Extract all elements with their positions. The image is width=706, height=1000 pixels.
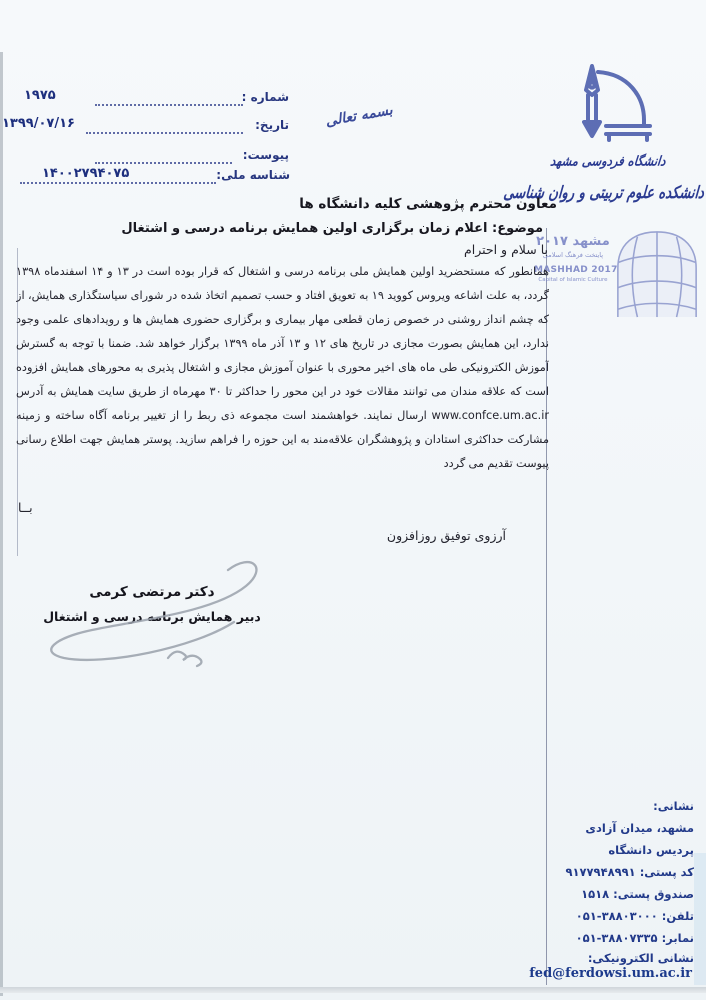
- scan-edge-bottom: [0, 987, 706, 993]
- university-logo: [562, 62, 658, 158]
- recipient-line: معاون محترم پژوهشی کلیه دانشگاه ها: [299, 196, 557, 212]
- body-paragraph: همانطور که مستحضرید اولین همایش ملی برنا…: [16, 260, 549, 476]
- body-line: گردد، به علت اشاعه ویروس کووید ۱۹ به تعو…: [16, 284, 549, 308]
- body-line: آموزش الکترونیکی طی ماه های اخیر محوری ب…: [16, 356, 549, 380]
- stamp-globe: [612, 228, 702, 320]
- body-line: همانطور که مستحضرید اولین همایش ملی برنا…: [16, 260, 549, 284]
- fax-value: ۰۵۱-۳۸۸۰۷۳۳۵: [576, 931, 658, 945]
- footer-po-box: صندوق پستی: ۱۵۱۸: [581, 887, 694, 901]
- attachment-label: پیوست:: [243, 148, 289, 162]
- university-name-calligraphy: دانشگاه فردوسی مشهد: [537, 153, 679, 169]
- phone-value: ۰۵۱-۳۸۸۰۳۰۰۰: [576, 909, 658, 923]
- footer-email-value: fed@ferdowsi.um.ac.ir: [529, 966, 692, 981]
- attachment-dotted-line: [95, 162, 232, 164]
- body-line: است که علاقه مندان می توانند مقالات خود …: [16, 380, 549, 404]
- letter-date-value: ۱۳۹۹/۰۷/۱۶: [2, 116, 75, 131]
- subject-line: موضوع: اعلام زمان برگزاری اولین همایش بر…: [121, 221, 543, 236]
- pen-dome-logo-icon: [562, 62, 658, 158]
- body-line: مشارکت حداکثری استادان و پژوهشگران علاقه…: [16, 428, 549, 452]
- body-line: که چشم انداز روشنی در خصوص زمان قطعی مها…: [16, 308, 549, 332]
- national-id-value: ۱۴۰۰۲۷۹۴۰۷۵: [42, 166, 129, 181]
- closing-prefix: بــا: [18, 500, 33, 515]
- bismillah-calligraphy: بسمه تعالی: [315, 101, 402, 132]
- footer-postal-code: کد پستی: ۹۱۷۷۹۴۸۹۹۱: [565, 865, 694, 879]
- scanned-letter-page: { "header_fields": { "number_label": "شم…: [0, 0, 706, 1000]
- body-line: ندارد، این همایش بصورت مجازی در تاریخ ها…: [16, 332, 549, 356]
- letter-date-dotted-line: [86, 132, 243, 134]
- po-box-label: صندوق پستی:: [613, 887, 694, 901]
- footer-phone: تلفن: ۰۵۱-۳۸۸۰۳۰۰۰: [576, 909, 694, 923]
- fax-label: نمابر:: [662, 931, 694, 945]
- postal-code-label: کد پستی:: [640, 865, 694, 879]
- letter-number-label: شماره :: [242, 90, 289, 104]
- national-id-dotted-line: [20, 182, 216, 184]
- footer-address-line1: مشهد، میدان آزادی: [585, 821, 694, 835]
- footer-address-line2: پردیس دانشگاه: [608, 843, 694, 857]
- letter-date-label: تاریخ:: [255, 118, 289, 132]
- phone-label: تلفن:: [662, 909, 694, 923]
- handwritten-signature-icon: [22, 550, 280, 672]
- letter-number-value: ۱۹۷۵: [24, 88, 56, 103]
- body-line: www.confce.um.ac.ir ارسال نمایند. خواهشم…: [16, 404, 549, 428]
- national-id-label: شناسه ملی:: [216, 168, 290, 182]
- scan-edge-right-strip: [694, 853, 706, 985]
- letter-number-dotted-line: [95, 104, 243, 106]
- footer-email-label: نشانی الکترونیکی:: [588, 951, 694, 965]
- salutation-line: با سلام و احترام: [464, 242, 548, 257]
- body-line: پیوست تقدیم می گردد: [16, 452, 549, 476]
- footer-fax: نمابر: ۰۵۱-۳۸۸۰۷۳۳۵: [576, 931, 694, 945]
- closing-line: آرزوی توفیق روزافزون: [387, 528, 506, 543]
- footer-address-label: نشانی:: [653, 799, 694, 813]
- signature-scribble: [22, 550, 280, 672]
- postal-code-value: ۹۱۷۷۹۴۸۹۹۱: [565, 865, 635, 879]
- scan-edge-left: [0, 52, 3, 996]
- po-box-value: ۱۵۱۸: [581, 887, 609, 901]
- globe-dome-icon: [612, 228, 702, 320]
